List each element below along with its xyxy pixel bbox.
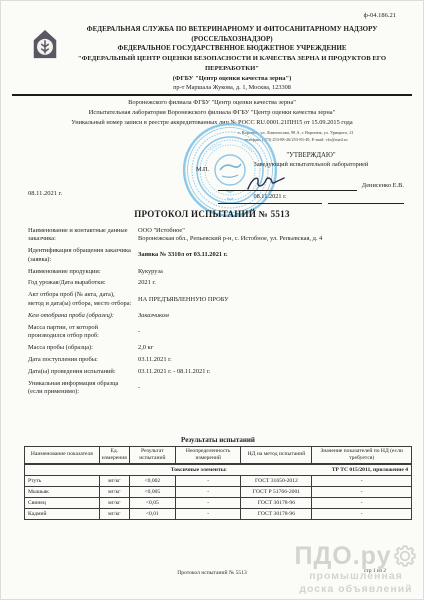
approve-label: "УТВЕРЖДАЮ" bbox=[218, 151, 404, 161]
cell-nd-value: - bbox=[312, 498, 412, 509]
col-unit: Ед. измерения bbox=[99, 446, 129, 464]
detail-row: Дата(ы) проведения испытаний: 03.11.2021… bbox=[28, 368, 406, 376]
detail-label: Кем отобрана проба (образец): bbox=[28, 312, 132, 320]
cell-unit: мг/кг bbox=[99, 498, 129, 509]
detail-value: ООО "Истобное" Воронежская обл., Репьевс… bbox=[132, 227, 406, 244]
watermark-line1: промышленная bbox=[292, 571, 420, 582]
detail-row: Идентификация обращения заказчика (заявк… bbox=[28, 247, 406, 264]
detail-value: - bbox=[132, 328, 406, 336]
table-row: Мышьяк мг/кг <0,005 - ГОСТ Р 51766-2001 … bbox=[25, 487, 412, 498]
col-uncertainty: Неопределенность измерений bbox=[175, 446, 240, 464]
cell-nd-value: - bbox=[312, 487, 412, 498]
watermark-title: ПДО.ру bbox=[294, 544, 391, 569]
cell-method: ГОСТ 30178-96 bbox=[241, 498, 312, 509]
col-result: Результат испытаний bbox=[129, 446, 175, 464]
approver-underline bbox=[328, 195, 404, 204]
detail-row: Масса пробы (образца): 2,0 кг bbox=[28, 344, 406, 352]
col-method: НД на метод испытаний bbox=[241, 446, 312, 464]
detail-row: Наименование и контактные данные заказчи… bbox=[28, 227, 406, 244]
detail-label: Акт отбора проб (№ акта, дата), метод и … bbox=[28, 291, 132, 308]
approve-role: Заведующий испытательной лабораторией bbox=[218, 161, 404, 170]
detail-label: Дата(ы) проведения испытаний: bbox=[28, 368, 132, 376]
page-title: ПРОТОКОЛ ИСПЫТАНИЙ № 5513 bbox=[0, 209, 424, 219]
detail-label: Год урожая/Дата выработки: bbox=[28, 279, 132, 287]
signature-row: Денисенко Е.В. bbox=[218, 178, 404, 191]
detail-row: Масса партии, от которой производился от… bbox=[28, 324, 406, 341]
cell-parameter: Ртуть bbox=[25, 476, 100, 487]
cell-parameter: Свинец bbox=[25, 498, 100, 509]
cell-unit: мг/кг bbox=[99, 487, 129, 498]
section-label: Токсичные элементы: bbox=[25, 464, 241, 475]
stamp-place-label: М.П. bbox=[196, 166, 209, 173]
institution-address: пр-т Маршала Жукова, д. 1, Москва, 12330… bbox=[64, 83, 400, 92]
cell-result: <0,05 bbox=[129, 498, 175, 509]
customer-name: ООО "Истобное" bbox=[138, 227, 406, 235]
branch-name: Воронежского филиала ФГБУ "Центр оценки … bbox=[24, 98, 400, 108]
detail-row: Дата поступления пробы: 03.11.2021 г. bbox=[28, 356, 406, 364]
cell-nd-value: - bbox=[312, 476, 412, 487]
detail-row: Уникальная информация образца (если прим… bbox=[28, 380, 406, 397]
cell-uncertainty: - bbox=[175, 498, 240, 509]
detail-value: Заказчиком bbox=[132, 312, 406, 320]
detail-label: Идентификация обращения заказчика (заявк… bbox=[28, 247, 132, 264]
detail-row: Год урожая/Дата выработки: 2021 г. bbox=[28, 279, 406, 287]
signature-icon bbox=[244, 174, 286, 192]
cell-method: ГОСТ 30178-96 bbox=[241, 509, 312, 520]
detail-label: Дата поступления пробы: bbox=[28, 356, 132, 364]
col-parameter: Наименование показателя bbox=[25, 446, 100, 464]
detail-value: 03.11.2021 г. bbox=[132, 356, 406, 364]
institution-name: "ФЕДЕРАЛЬНЫЙ ЦЕНТР ОЦЕНКИ БЕЗОПАСНОСТИ И… bbox=[64, 54, 400, 73]
cell-method: ГОСТ Р 51766-2001 bbox=[241, 487, 312, 498]
approver-name: Денисенко Е.В. bbox=[362, 182, 404, 191]
protocol-document: ф-04.186.21 ФЕДЕРАЛЬНАЯ СЛУЖБА ПО ВЕТЕРИ… bbox=[0, 0, 424, 600]
detail-label: Наименование продукции: bbox=[28, 268, 132, 276]
detail-value: 2021 г. bbox=[132, 279, 406, 287]
cell-parameter: Мышьяк bbox=[25, 487, 100, 498]
detail-value: Заявка № 3310л от 03.11.2021 г. bbox=[132, 251, 406, 259]
issue-date: 08.11.2021 г. bbox=[28, 190, 62, 197]
cell-result: <0,002 bbox=[129, 476, 175, 487]
document-header: ФЕДЕРАЛЬНАЯ СЛУЖБА ПО ВЕТЕРИНАРНОМУ И ФИ… bbox=[0, 0, 424, 92]
cell-uncertainty: - bbox=[175, 487, 240, 498]
detail-value: - bbox=[132, 384, 406, 392]
approval-block: "УТВЕРЖДАЮ" Заведующий испытательной лаб… bbox=[218, 151, 404, 204]
laboratory-name: Испытательная лаборатория Воронежского ф… bbox=[24, 108, 400, 118]
detail-value: 03.11.2021 г. - 08.11.2021 г. bbox=[132, 368, 406, 376]
cell-result: <0,01 bbox=[129, 509, 175, 520]
customer-address: Воронежская обл., Репьевский р-н, с. Ист… bbox=[138, 235, 406, 243]
col-nd-value: Значение показателей по НД (если требует… bbox=[312, 446, 412, 464]
cell-parameter: Кадмий bbox=[25, 509, 100, 520]
section-row: Токсичные элементы: ТР ТС 015/2011, прил… bbox=[25, 464, 412, 475]
detail-value: НА ПРЕДЪЯВЛЕННУЮ ПРОБУ bbox=[132, 296, 406, 304]
detail-value: Кукуруза bbox=[132, 268, 406, 276]
cell-unit: мг/кг bbox=[99, 476, 129, 487]
cell-unit: мг/кг bbox=[99, 509, 129, 520]
detail-label: Масса партии, от которой производился от… bbox=[28, 324, 132, 341]
detail-label: Масса пробы (образца): bbox=[28, 344, 132, 352]
results-header-row: Наименование показателя Ед. измерения Ре… bbox=[25, 446, 412, 464]
detail-value: 2,0 кг bbox=[132, 344, 406, 352]
cell-nd-value: - bbox=[312, 509, 412, 520]
detail-row: Наименование продукции: Кукуруза bbox=[28, 268, 406, 276]
approve-date-row: 08.11.2021 г. bbox=[218, 191, 404, 204]
approve-date: 08.11.2021 г. bbox=[218, 193, 322, 204]
watermark-line2: доска объявлений bbox=[292, 584, 420, 595]
institution-type: ФЕДЕРАЛЬНОЕ ГОСУДАРСТВЕННОЕ БЮДЖЕТНОЕ УЧ… bbox=[64, 44, 400, 54]
cell-result: <0,005 bbox=[129, 487, 175, 498]
table-row: Кадмий мг/кг <0,01 - ГОСТ 30178-96 - bbox=[25, 509, 412, 520]
detail-label: Наименование и контактные данные заказчи… bbox=[28, 227, 132, 244]
signature-line bbox=[218, 178, 357, 191]
cell-uncertainty: - bbox=[175, 509, 240, 520]
gear-icon bbox=[392, 543, 418, 569]
table-row: Свинец мг/кг <0,05 - ГОСТ 30178-96 - bbox=[25, 498, 412, 509]
results-title: Результаты испытаний bbox=[24, 436, 412, 444]
agency-name: ФЕДЕРАЛЬНАЯ СЛУЖБА ПО ВЕТЕРИНАРНОМУ И ФИ… bbox=[64, 24, 400, 34]
pdo-watermark: ПДО.ру промышленная доска объявлений bbox=[292, 543, 420, 594]
institution-short-name: (ФГБУ "Центр оценки качества зерна") bbox=[64, 74, 400, 83]
form-code: ф-04.186.21 bbox=[364, 12, 396, 19]
detail-row: Кем отобрана проба (образец): Заказчиком bbox=[28, 312, 406, 320]
detail-label: Уникальная информация образца (если прим… bbox=[28, 380, 132, 397]
sample-details: Наименование и контактные данные заказчи… bbox=[28, 227, 406, 400]
watermark-top: ПДО.ру bbox=[292, 543, 420, 569]
cell-uncertainty: - bbox=[175, 476, 240, 487]
detail-row: Акт отбора проб (№ акта, дата), метод и … bbox=[28, 291, 406, 308]
results-table: Наименование показателя Ед. измерения Ре… bbox=[24, 446, 412, 521]
section-ref: ТР ТС 015/2011, приложение 4 bbox=[241, 464, 412, 475]
table-row: Ртуть мг/кг <0,002 - ГОСТ 31650-2012 - bbox=[25, 476, 412, 487]
cell-method: ГОСТ 31650-2012 bbox=[241, 476, 312, 487]
rosselkhoznadzor-emblem-icon bbox=[30, 28, 60, 60]
results-section: Результаты испытаний Наименование показа… bbox=[24, 436, 412, 520]
agency-short-name: (РОССЕЛЬХОЗНАДЗОР) bbox=[64, 34, 400, 44]
